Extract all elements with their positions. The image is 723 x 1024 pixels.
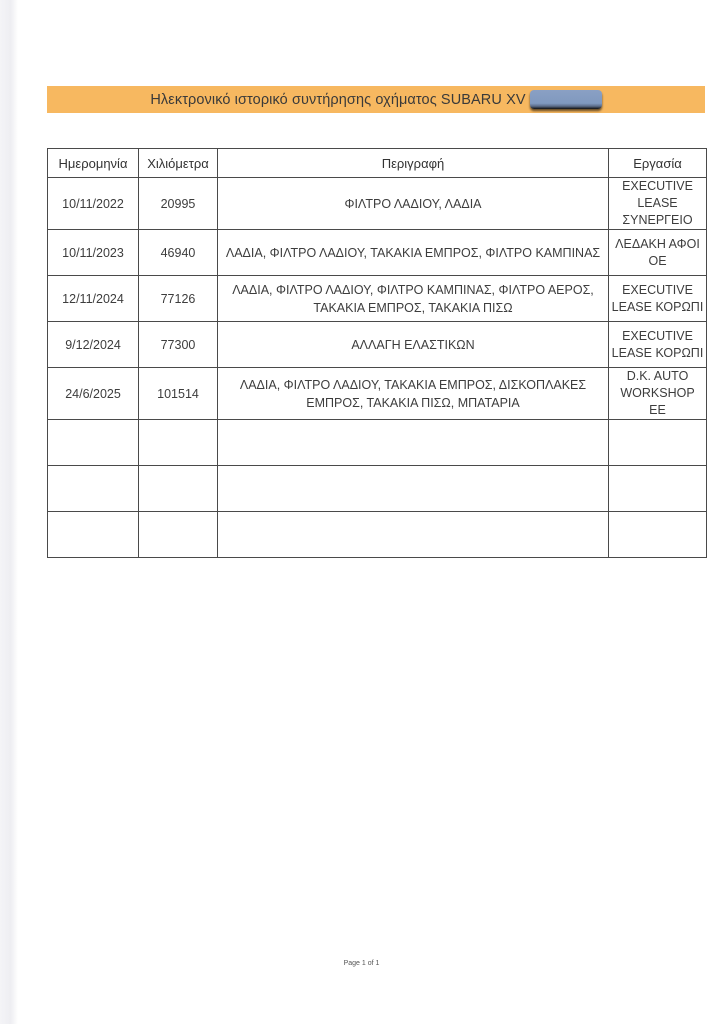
cell-workshop — [609, 512, 707, 558]
cell-description — [218, 512, 609, 558]
cell-workshop: EXECUTIVE LEASE ΚΟΡΩΠΙ — [609, 276, 707, 322]
cell-description: ΦΙΛΤΡΟ ΛΑΔΙΟΥ, ΛΑΔΙΑ — [218, 178, 609, 230]
cell-date — [48, 512, 139, 558]
cell-date: 24/6/2025 — [48, 368, 139, 420]
cell-description — [218, 420, 609, 466]
scan-edge — [0, 0, 18, 1024]
header-workshop: Εργασία — [609, 149, 707, 178]
table-row: 10/11/202220995ΦΙΛΤΡΟ ΛΑΔΙΟΥ, ΛΑΔΙΑEXECU… — [48, 178, 707, 230]
cell-km: 46940 — [139, 230, 218, 276]
cell-date: 12/11/2024 — [48, 276, 139, 322]
cell-km: 77126 — [139, 276, 218, 322]
table-row — [48, 420, 707, 466]
redacted-license-plate — [530, 90, 602, 109]
table-row — [48, 466, 707, 512]
cell-description: ΛΑΔΙΑ, ΦΙΛΤΡΟ ΛΑΔΙΟΥ, ΦΙΛΤΡΟ ΚΑΜΠΙΝΑΣ, Φ… — [218, 276, 609, 322]
cell-workshop: D.K. AUTO WORKSHOP EE — [609, 368, 707, 420]
table-row — [48, 512, 707, 558]
cell-date: 10/11/2023 — [48, 230, 139, 276]
table-row: 9/12/202477300ΑΛΛΑΓΗ ΕΛΑΣΤΙΚΩΝEXECUTIVE … — [48, 322, 707, 368]
cell-date: 9/12/2024 — [48, 322, 139, 368]
cell-description: ΛΑΔΙΑ, ΦΙΛΤΡΟ ΛΑΔΙΟΥ, ΤΑΚΑΚΙΑ ΕΜΠΡΟΣ, ΦΙ… — [218, 230, 609, 276]
cell-description: ΑΛΛΑΓΗ ΕΛΑΣΤΙΚΩΝ — [218, 322, 609, 368]
title-bar: Ηλεκτρονικό ιστορικό συντήρησης οχήματος… — [47, 86, 705, 113]
cell-description: ΛΑΔΙΑ, ΦΙΛΤΡΟ ΛΑΔΙΟΥ, ΤΑΚΑΚΙΑ ΕΜΠΡΟΣ, ΔΙ… — [218, 368, 609, 420]
cell-workshop — [609, 420, 707, 466]
cell-description — [218, 466, 609, 512]
cell-km — [139, 420, 218, 466]
cell-km: 20995 — [139, 178, 218, 230]
cell-workshop — [609, 466, 707, 512]
cell-workshop: EXECUTIVE LEASE ΚΟΡΩΠΙ — [609, 322, 707, 368]
cell-date: 10/11/2022 — [48, 178, 139, 230]
cell-km: 77300 — [139, 322, 218, 368]
cell-workshop: ΛΕΔΑΚΗ ΑΦΟΙ ΟΕ — [609, 230, 707, 276]
maintenance-history-table: Ημερομηνία Χιλιόμετρα Περιγραφή Εργασία … — [47, 148, 707, 558]
table-row: 10/11/202346940ΛΑΔΙΑ, ΦΙΛΤΡΟ ΛΑΔΙΟΥ, ΤΑΚ… — [48, 230, 707, 276]
page-number: Page 1 of 1 — [0, 960, 723, 967]
cell-date — [48, 420, 139, 466]
cell-km — [139, 466, 218, 512]
cell-km: 101514 — [139, 368, 218, 420]
cell-workshop: EXECUTIVE LEASE ΣΥΝΕΡΓΕΙΟ — [609, 178, 707, 230]
cell-km — [139, 512, 218, 558]
header-km: Χιλιόμετρα — [139, 149, 218, 178]
document-title: Ηλεκτρονικό ιστορικό συντήρησης οχήματος… — [150, 92, 525, 108]
header-description: Περιγραφή — [218, 149, 609, 178]
table-row: 12/11/202477126ΛΑΔΙΑ, ΦΙΛΤΡΟ ΛΑΔΙΟΥ, ΦΙΛ… — [48, 276, 707, 322]
cell-date — [48, 466, 139, 512]
table-row: 24/6/2025101514ΛΑΔΙΑ, ΦΙΛΤΡΟ ΛΑΔΙΟΥ, ΤΑΚ… — [48, 368, 707, 420]
header-date: Ημερομηνία — [48, 149, 139, 178]
table-header-row: Ημερομηνία Χιλιόμετρα Περιγραφή Εργασία — [48, 149, 707, 178]
